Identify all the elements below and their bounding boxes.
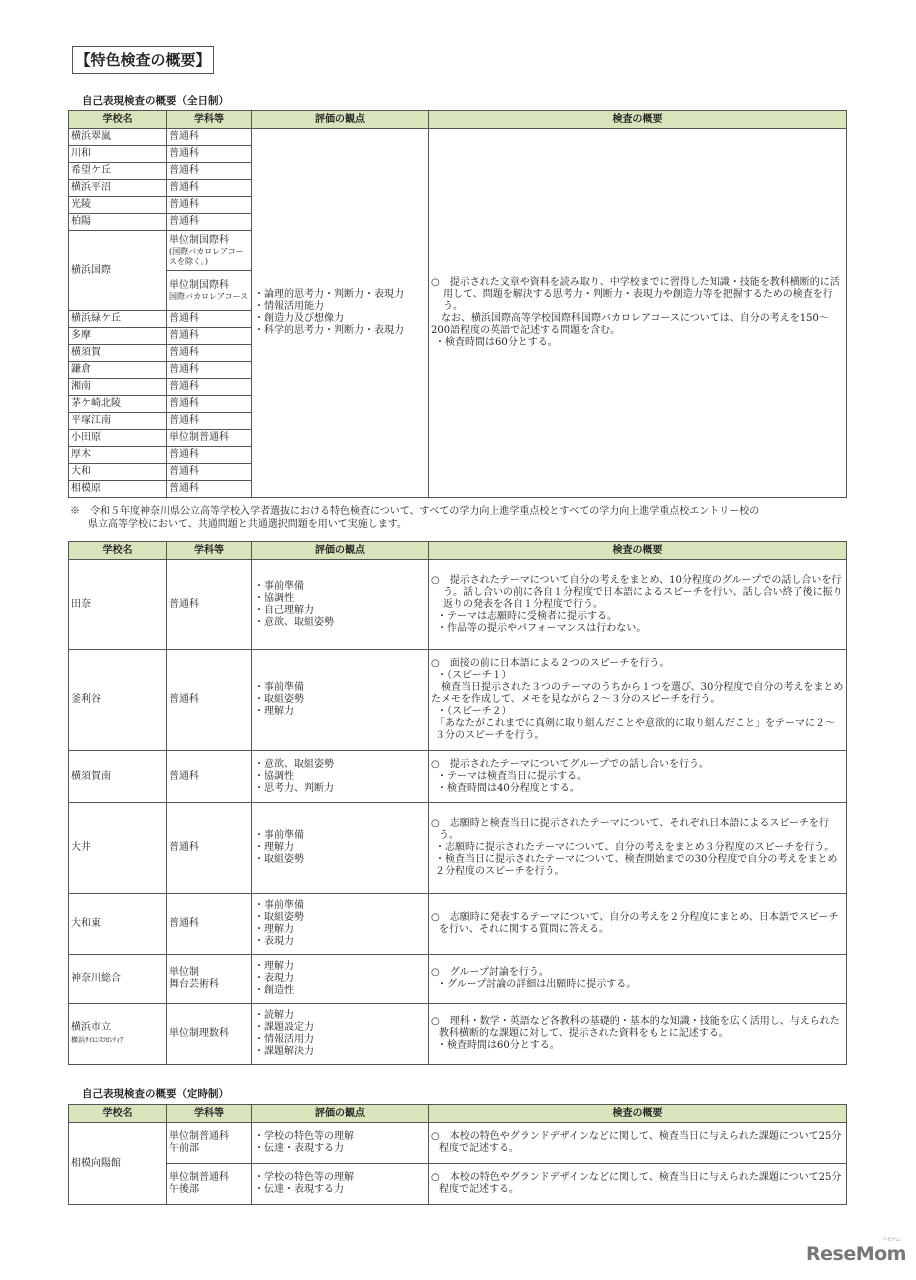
dept: 普通科 [167, 180, 252, 197]
dept: 普通科 [167, 362, 252, 379]
school-name: 横須賀南 [69, 751, 167, 803]
table-row: 田奈 普通科 ・事前準備 ・協調性 ・自己理解力 ・意欲、取組姿勢 ○ 提示され… [69, 560, 847, 650]
dept: 普通科 [167, 129, 252, 146]
table-row: 横浜翠嵐 普通科 ・論理的思考力・判断力・表現力 ・情報活用能力 ・創造力及び想… [69, 129, 847, 146]
col-header-dept: 学科等 [167, 542, 252, 560]
full-time-heading: 自己表現検査の概要（全日制） [82, 93, 229, 108]
dept: 普通科 [167, 311, 252, 328]
col-header-points: 評価の観点 [252, 111, 429, 129]
full-time-table: 学校名 学科等 評価の観点 検査の概要 横浜翠嵐 普通科 ・論理的思考力・判断力… [68, 110, 847, 498]
dept: 普通科 [167, 163, 252, 180]
dept: 普通科 [167, 197, 252, 214]
dept: 単位制理数科 [167, 1004, 252, 1065]
school-name: 釜利谷 [69, 650, 167, 751]
school-name: 光陵 [69, 197, 167, 214]
school-name: 平塚江南 [69, 413, 167, 430]
col-header-overview: 検査の概要 [429, 111, 847, 129]
dept: 単位制国際科 (国際バカロレアコースを除く。) [167, 231, 252, 271]
dept: 単位制普通科 [167, 430, 252, 447]
school-name: 川和 [69, 146, 167, 163]
col-header-dept: 学科等 [167, 1105, 252, 1123]
resemom-logo: ReseMom リセマム [806, 1243, 906, 1265]
school-name: 相模原 [69, 481, 167, 498]
exam-overview: ○ 本校の特色やグランドデザインなどに関して、検査当日に与えられた課題について2… [429, 1164, 847, 1205]
table-row: 大井 普通科 ・事前準備 ・理解力 ・取組姿勢 ○ 志願時と検査当日に提示された… [69, 803, 847, 894]
col-header-overview: 検査の概要 [429, 542, 847, 560]
exam-overview: ○ 提示されたテーマについてグループでの話し合いを行う。 ・テーマは検査当日に提… [429, 751, 847, 803]
school-name: 横須賀 [69, 345, 167, 362]
dept: 普通科 [167, 650, 252, 751]
table-row: 横須賀南 普通科 ・意欲、取組姿勢 ・協調性 ・思考力、判断力 ○ 提示されたテ… [69, 751, 847, 803]
dept: 普通科 [167, 560, 252, 650]
table-row: 横浜市立 横浜ｻｲｴﾝｽﾌﾛﾝﾃｨｱ 単位制理数科 ・読解力 ・課題設定力 ・情… [69, 1004, 847, 1065]
evaluation-points: ・学校の特色等の理解 ・伝達・表現する力 [252, 1164, 429, 1205]
exam-overview: ○ 本校の特色やグランドデザインなどに関して、検査当日に与えられた課題について2… [429, 1123, 847, 1164]
exam-overview: ○ 理科・数学・英語など各教科の基礎的・基本的な知識・技能を広く活用し、与えられ… [429, 1004, 847, 1065]
evaluation-points: ・事前準備 ・理解力 ・取組姿勢 [252, 803, 429, 894]
evaluation-points: ・論理的思考力・判断力・表現力 ・情報活用能力 ・創造力及び想像力 ・科学的思考… [252, 129, 429, 498]
dept: 単位制普通科 午前部 [167, 1123, 252, 1164]
dept: 普通科 [167, 214, 252, 231]
part-time-heading: 自己表現検査の概要（定時制） [82, 1086, 229, 1101]
school-name: 希望ケ丘 [69, 163, 167, 180]
evaluation-points: ・事前準備 ・取組姿勢 ・理解力 ・表現力 [252, 894, 429, 955]
dept: 普通科 [167, 464, 252, 481]
dept: 普通科 [167, 803, 252, 894]
dept: 普通科 [167, 751, 252, 803]
dept: 単位制 舞台芸術科 [167, 955, 252, 1004]
col-header-overview: 検査の概要 [429, 1105, 847, 1123]
school-name: 大井 [69, 803, 167, 894]
exam-overview: ○ 提示された文章や資料を読み取り、中学校までに習得した知識・技能を教科横断的に… [429, 129, 847, 498]
school-name: 相模向陽館 [69, 1123, 167, 1205]
dept: 普通科 [167, 396, 252, 413]
dept: 普通科 [167, 413, 252, 430]
dept: 普通科 [167, 379, 252, 396]
dept: 普通科 [167, 447, 252, 464]
school-name: 横浜市立 横浜ｻｲｴﾝｽﾌﾛﾝﾃｨｱ [69, 1004, 167, 1065]
col-header-school: 学校名 [69, 1105, 167, 1123]
exam-overview: ○ 提示されたテーマについて自分の考えをまとめ、10分程度のグループでの話し合い… [429, 560, 847, 650]
evaluation-points: ・事前準備 ・取組姿勢 ・理解力 [252, 650, 429, 751]
dept: 普通科 [167, 345, 252, 362]
table-row: 釜利谷 普通科 ・事前準備 ・取組姿勢 ・理解力 ○ 面接の前に日本語による２つ… [69, 650, 847, 751]
table-row: 大和東 普通科 ・事前準備 ・取組姿勢 ・理解力 ・表現力 ○ 志願時に発表する… [69, 894, 847, 955]
school-name: 横浜緑ケ丘 [69, 311, 167, 328]
school-name: 茅ケ崎北陵 [69, 396, 167, 413]
dept: 普通科 [167, 481, 252, 498]
school-name: 厚木 [69, 447, 167, 464]
school-name: 田奈 [69, 560, 167, 650]
col-header-school: 学校名 [69, 111, 167, 129]
school-name: 横浜平沼 [69, 180, 167, 197]
exam-overview: ○ 志願時と検査当日に提示されたテーマについて、それぞれ日本語によるスピーチを行… [429, 803, 847, 894]
dept: 普通科 [167, 146, 252, 163]
footnote: ※ 令和５年度神奈川県公立高等学校入学者選抜における特色検査について、すべての学… [70, 505, 850, 531]
dept: 単位制普通科 午後部 [167, 1164, 252, 1205]
school-name: 小田原 [69, 430, 167, 447]
col-header-dept: 学科等 [167, 111, 252, 129]
evaluation-points: ・理解力 ・表現力 ・創造性 [252, 955, 429, 1004]
col-header-points: 評価の観点 [252, 542, 429, 560]
school-name: 大和東 [69, 894, 167, 955]
document-title: 【特色検査の概要】 [72, 46, 214, 74]
evaluation-points: ・事前準備 ・協調性 ・自己理解力 ・意欲、取組姿勢 [252, 560, 429, 650]
table-row: 神奈川総合 単位制 舞台芸術科 ・理解力 ・表現力 ・創造性 ○ グループ討論を… [69, 955, 847, 1004]
evaluation-points: ・学校の特色等の理解 ・伝達・表現する力 [252, 1123, 429, 1164]
school-name: 横浜翠嵐 [69, 129, 167, 146]
evaluation-points: ・意欲、取組姿勢 ・協調性 ・思考力、判断力 [252, 751, 429, 803]
school-name: 湘南 [69, 379, 167, 396]
dept: 普通科 [167, 894, 252, 955]
table-row: 単位制普通科 午後部 ・学校の特色等の理解 ・伝達・表現する力 ○ 本校の特色や… [69, 1164, 847, 1205]
school-name: 横浜国際 [69, 231, 167, 311]
dept: 単位制国際科 国際バカロレアコース [167, 271, 252, 311]
dept: 普通科 [167, 328, 252, 345]
col-header-school: 学校名 [69, 542, 167, 560]
other-schools-table: 学校名 学科等 評価の観点 検査の概要 田奈 普通科 ・事前準備 ・協調性 ・自… [68, 541, 847, 1065]
school-name: 多摩 [69, 328, 167, 345]
school-name: 神奈川総合 [69, 955, 167, 1004]
school-name: 鎌倉 [69, 362, 167, 379]
table-row: 相模向陽館 単位制普通科 午前部 ・学校の特色等の理解 ・伝達・表現する力 ○ … [69, 1123, 847, 1164]
evaluation-points: ・読解力 ・課題設定力 ・情報活用力 ・課題解決力 [252, 1004, 429, 1065]
school-name: 柏陽 [69, 214, 167, 231]
exam-overview: ○ 面接の前に日本語による２つのスピーチを行う。 ・（スピーチ１） 検査当日提示… [429, 650, 847, 751]
school-name: 大和 [69, 464, 167, 481]
exam-overview: ○ 志願時に発表するテーマについて、自分の考えを２分程度にまとめ、日本語でスピー… [429, 894, 847, 955]
part-time-table: 学校名 学科等 評価の観点 検査の概要 相模向陽館 単位制普通科 午前部 ・学校… [68, 1104, 847, 1205]
col-header-points: 評価の観点 [252, 1105, 429, 1123]
exam-overview: ○ グループ討論を行う。 ・グループ討論の詳細は出願時に提示する。 [429, 955, 847, 1004]
